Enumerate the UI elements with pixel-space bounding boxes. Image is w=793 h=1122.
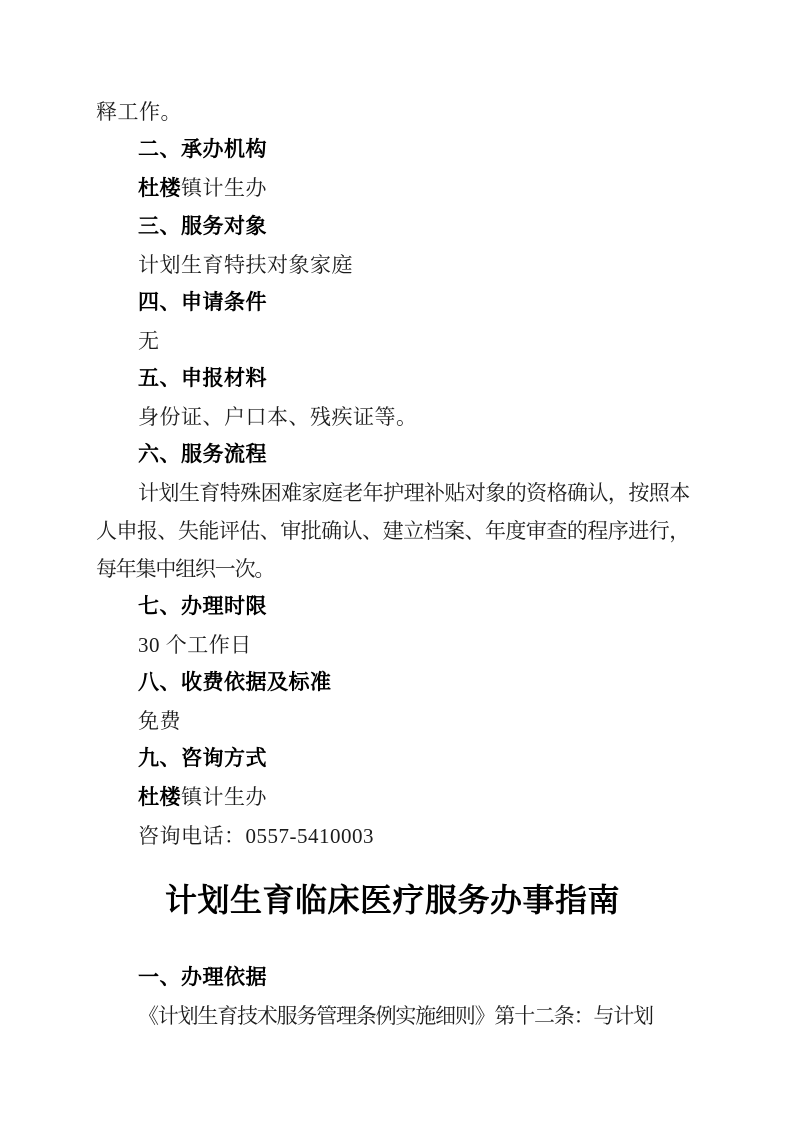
document-page: 释工作。 二、承办机构 杜楼镇计生办 三、服务对象 计划生育特扶对象家庭 四、申… — [0, 0, 793, 1122]
section-heading-fee-standard: 八、收费依据及标准 — [96, 664, 689, 702]
agency-name-bold: 杜楼 — [138, 177, 181, 200]
body-line-application-materials: 身份证、户口本、残疾证等。 — [96, 398, 689, 436]
consultation-agency-bold: 杜楼 — [138, 786, 181, 809]
section-heading-application-materials: 五、申报材料 — [96, 360, 689, 398]
body-paragraph-legal-basis: 《计划生育技术服务管理条例实施细则》第十二条：与计划 — [96, 997, 689, 1035]
body-paragraph-service-process: 计划生育特殊困难家庭老年护理补贴对象的资格确认，按照本人申报、失能评估、审批确认… — [96, 474, 689, 588]
body-line-consultation-agency: 杜楼镇计生办 — [96, 778, 689, 817]
page-title: 计划生育临床医疗服务办事指南 — [96, 877, 689, 923]
section-heading-application-conditions: 四、申请条件 — [96, 284, 689, 322]
body-line-consultation-phone: 咨询电话：0557-5410003 — [96, 817, 689, 855]
consultation-agency-rest: 镇计生办 — [181, 785, 267, 809]
body-line-application-conditions: 无 — [96, 322, 689, 360]
section-heading-consultation: 九、咨询方式 — [96, 740, 689, 778]
section-heading-service-target: 三、服务对象 — [96, 208, 689, 246]
body-line-agency: 杜楼镇计生办 — [96, 169, 689, 208]
agency-name-rest: 镇计生办 — [181, 176, 267, 200]
section-heading-undertaking-agency: 二、承办机构 — [96, 131, 689, 169]
section-heading-legal-basis: 一、办理依据 — [96, 959, 689, 997]
body-line-service-target: 计划生育特扶对象家庭 — [96, 246, 689, 284]
continuation-text: 释工作。 — [96, 93, 689, 131]
section-heading-processing-time: 七、办理时限 — [96, 588, 689, 626]
section-heading-service-process: 六、服务流程 — [96, 436, 689, 474]
body-line-fee-standard: 免费 — [96, 702, 689, 740]
body-line-processing-time: 30 个工作日 — [96, 626, 689, 664]
